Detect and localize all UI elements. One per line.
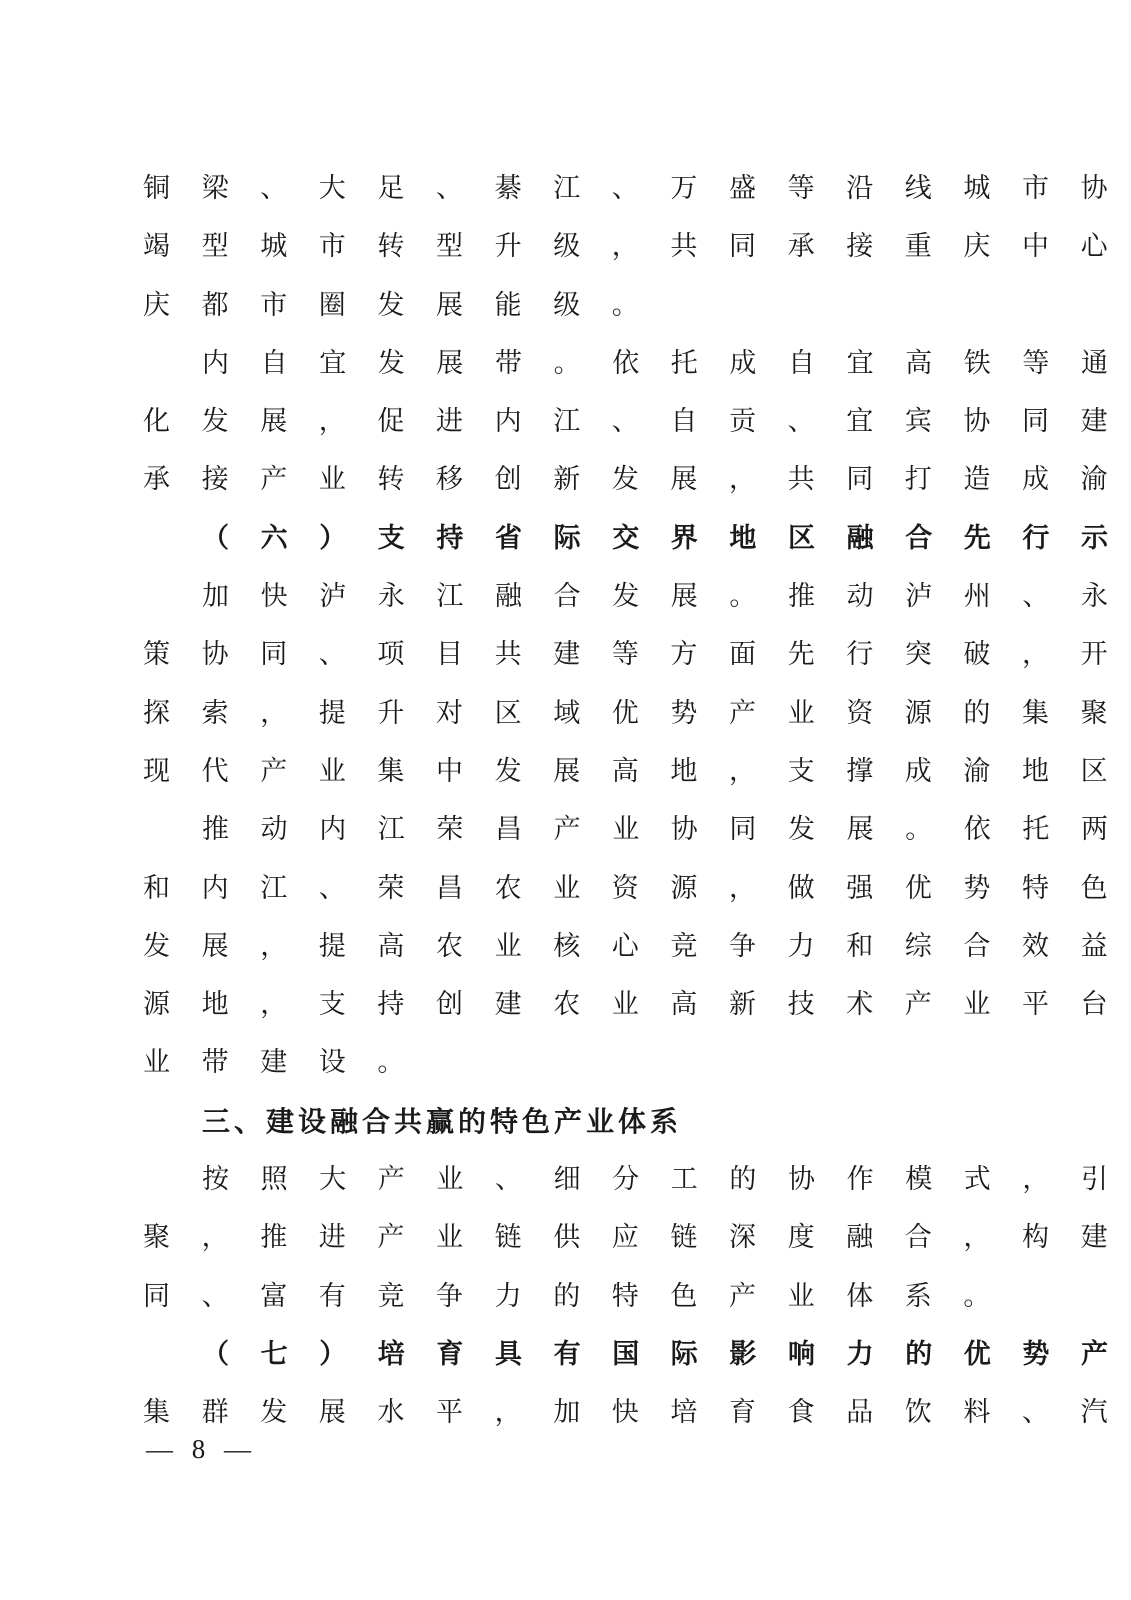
subheading-six: （六）支持省际交界地区融合先行示范。 <box>143 510 969 568</box>
text-line: 同、富有竞争力的特色产业体系。 <box>143 1268 969 1326</box>
text-line: 发展，提高农业核心竞争力和综合效益，打造现代农业科技创新策 <box>143 918 969 976</box>
text-line: 化发展，促进内江、自贡、宜宾协同建设产业转移集中承载地，推动 <box>143 393 969 451</box>
text-line: 内自宜发展带。依托成自宜高铁等通道，推动内江、自贡同城 <box>143 335 969 393</box>
paragraph-continuation: 铜梁、大足、綦江、万盛等沿线城市协作，推动老工业城市和资源枯 竭型城市转型升级，… <box>143 160 969 335</box>
text-line: 策协同、项目共建等方面先行突破，开展长江经济带绿色发展路径 <box>143 626 969 684</box>
paragraph-seven-industry-clusters: （七）培育具有国际影响力的优势产业集群。提升产业集聚 集群发展水平，加快培育食品… <box>143 1326 969 1443</box>
text-line: 业带建设。 <box>143 1034 969 1092</box>
text-line: （七）培育具有国际影响力的优势产业集群。提升产业集聚 <box>143 1326 969 1384</box>
text-line: 按照大产业、细分工的协作模式，引导资源要素向优势产业集 <box>143 1151 969 1209</box>
subheading-seven: （七）培育具有国际影响力的优势产业集群。 <box>202 1339 1131 1370</box>
page-number: — 8 — <box>146 1434 257 1465</box>
text-line: 庆都市圈发展能级。 <box>143 277 969 335</box>
paragraph-luyongjiang: 加快泸永江融合发展。推动泸州、永川、江津在规划统筹、政 策协同、项目共建等方面先… <box>143 568 969 801</box>
text-line: 竭型城市转型升级，共同承接重庆中心城区功能外溢，不断提升重 <box>143 218 969 276</box>
text-line: 承接产业转移创新发展，共同打造成渝地区现代产业配套基地。 <box>143 451 969 509</box>
section-heading-text: 三、建设融合共赢的特色产业体系 <box>143 1093 969 1151</box>
text-line: 推动内江荣昌产业协同发展。依托两省市农业高新技术优势 <box>143 801 969 859</box>
text-line: 铜梁、大足、綦江、万盛等沿线城市协作，推动老工业城市和资源枯 <box>143 160 969 218</box>
text-line: 源地，支持创建农业高新技术产业平台，支撑成渝现代高效特色农 <box>143 976 969 1034</box>
paragraph-neizi-yi-development-belt: 内自宜发展带。依托成自宜高铁等通道，推动内江、自贡同城 化发展，促进内江、自贡、… <box>143 335 969 510</box>
text-line: 聚，推进产业链供应链深度融合，构建错位发展、梯度互补、高效协 <box>143 1209 969 1267</box>
text-line: 探索，提升对区域优势产业资源的集聚集成和统筹配置能力，打造 <box>143 685 969 743</box>
paragraph-neijiang-rongchang: 推动内江荣昌产业协同发展。依托两省市农业高新技术优势 和内江、荣昌农业资源，做强… <box>143 801 969 1092</box>
text-line: 和内江、荣昌农业资源，做强优势特色产业，推动一二三产业融合 <box>143 860 969 918</box>
text-line: 现代产业集中发展高地，支撑成渝地区先进制造业基地建设。 <box>143 743 969 801</box>
subheading-text: （六）支持省际交界地区融合先行示范。 <box>143 510 969 568</box>
section-heading-three: 三、建设融合共赢的特色产业体系 <box>143 1093 969 1151</box>
paragraph-industry-system-intro: 按照大产业、细分工的协作模式，引导资源要素向优势产业集 聚，推进产业链供应链深度… <box>143 1151 969 1326</box>
text-line: 加快泸永江融合发展。推动泸州、永川、江津在规划统筹、政 <box>143 568 969 626</box>
text-line: 集群发展水平，加快培育食品饮料、汽车摩托车优势产业集群。发 <box>143 1384 969 1442</box>
document-page: 铜梁、大足、綦江、万盛等沿线城市协作，推动老工业城市和资源枯 竭型城市转型升级，… <box>143 160 969 1443</box>
